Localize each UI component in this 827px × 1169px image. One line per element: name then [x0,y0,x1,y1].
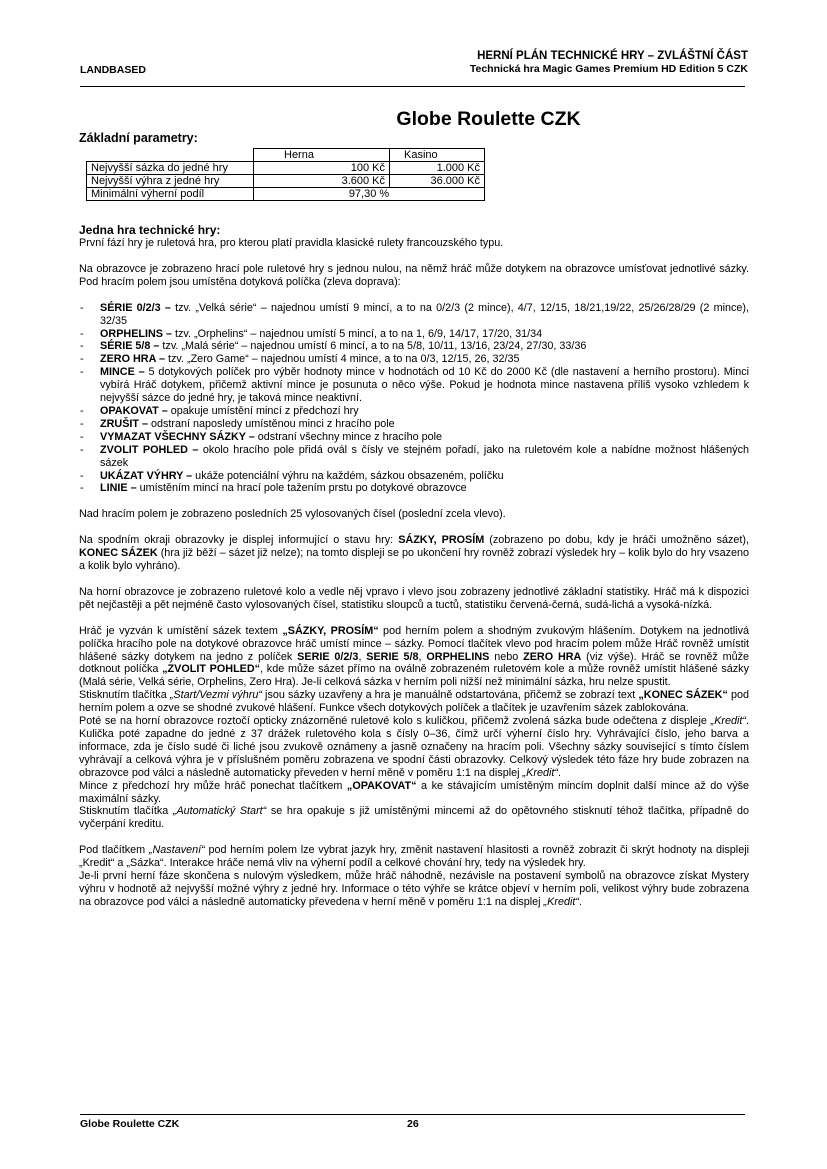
page-number: 26 [407,1118,419,1130]
settings-paragraph: Pod tlačítkem „Nastavení“ pod herním pol… [79,844,749,870]
header-right: HERNÍ PLÁN TECHNICKÉ HRY – ZVLÁŠTNÍ ČÁST… [470,50,748,76]
rtp-value: 97,30 % [254,188,485,201]
game-heading: Jedna hra technické hry: [79,223,220,237]
list-item: ZRUŠIT – odstraní naposledy umístěnou mi… [79,418,749,431]
last25-paragraph: Nad hracím polem je zobrazeno posledních… [79,508,749,521]
herna-value: 100 Kč [254,162,390,175]
list-item: VYMAZAT VŠECHNY SÁZKY – odstraní všechny… [79,431,749,444]
document-body: První fází hry je ruletová hra, pro kter… [79,237,749,909]
kasino-value: 36.000 Kč [390,175,485,188]
header-left-label: LANDBASED [80,64,146,76]
start-paragraph: Stisknutím tlačítka „Start/Vezmi výhru“ … [79,689,749,715]
header-divider [80,86,745,87]
display-paragraph: Na spodním okraji obrazovky je displej i… [79,534,749,573]
list-item: ORPHELINS – tzv. „Orphelins“ – najednou … [79,328,749,341]
row-label: Nejvyšší výhra z jedné hry [87,175,254,188]
header-document-title: HERNÍ PLÁN TECHNICKÉ HRY – ZVLÁŠTNÍ ČÁST [470,50,748,63]
rtp-label: Minimální výherní podíl [87,188,254,201]
list-item: LINIE – umístěním mincí na hrací pole ta… [79,482,749,495]
footer-divider [80,1114,745,1115]
list-item: UKÁZAT VÝHRY – ukáže potenciální výhru n… [79,470,749,483]
header-document-subtitle: Technická hra Magic Games Premium HD Edi… [470,63,748,76]
stats-paragraph: Na horní obrazovce je zobrazeno ruletové… [79,586,749,612]
list-item: OPAKOVAT – opakuje umístění mincí z před… [79,405,749,418]
repeat-paragraph: Mince z předchozí hry může hráč ponechat… [79,780,749,806]
kasino-value: 1.000 Kč [390,162,485,175]
spin-paragraph: Poté se na horní obrazovce roztočí optic… [79,715,749,780]
list-item: SÉRIE 5/8 – tzv. „Malá série“ – najednou… [79,340,749,353]
mystery-paragraph: Je-li první herní fáze skončena s nulový… [79,870,749,909]
list-item: ZVOLIT POHLED – okolo hracího pole přidá… [79,444,749,470]
intro-paragraph: První fází hry je ruletová hra, pro kter… [79,237,749,250]
params-heading: Základní parametry: [79,131,198,145]
button-list: SÉRIE 0/2/3 – tzv. „Velká série“ – najed… [79,302,749,496]
footer-title: Globe Roulette CZK [80,1118,179,1130]
table-row: Minimální výherní podíl 97,30 % [87,188,485,201]
col-header-kasino: Kasino [390,149,485,162]
list-item: ZERO HRA – tzv. „Zero Game“ – najednou u… [79,353,749,366]
bets-paragraph: Hráč je vyzván k umístění sázek textem „… [79,625,749,690]
col-header-herna: Herna [254,149,390,162]
field-paragraph: Na obrazovce je zobrazeno hrací pole rul… [79,263,749,289]
params-table-header: Herna Kasino [87,149,485,162]
table-row: Nejvyšší výhra z jedné hry 3.600 Kč 36.0… [87,175,485,188]
table-row: Nejvyšší sázka do jedné hry 100 Kč 1.000… [87,162,485,175]
herna-value: 3.600 Kč [254,175,390,188]
list-item: MINCE – 5 dotykových políček pro výběr h… [79,366,749,405]
auto-paragraph: Stisknutím tlačítka „Automatický Start“ … [79,805,749,831]
params-table: Herna Kasino Nejvyšší sázka do jedné hry… [86,148,485,201]
page-title: Globe Roulette CZK [0,108,827,131]
row-label: Nejvyšší sázka do jedné hry [87,162,254,175]
list-item: SÉRIE 0/2/3 – tzv. „Velká série“ – najed… [79,302,749,328]
